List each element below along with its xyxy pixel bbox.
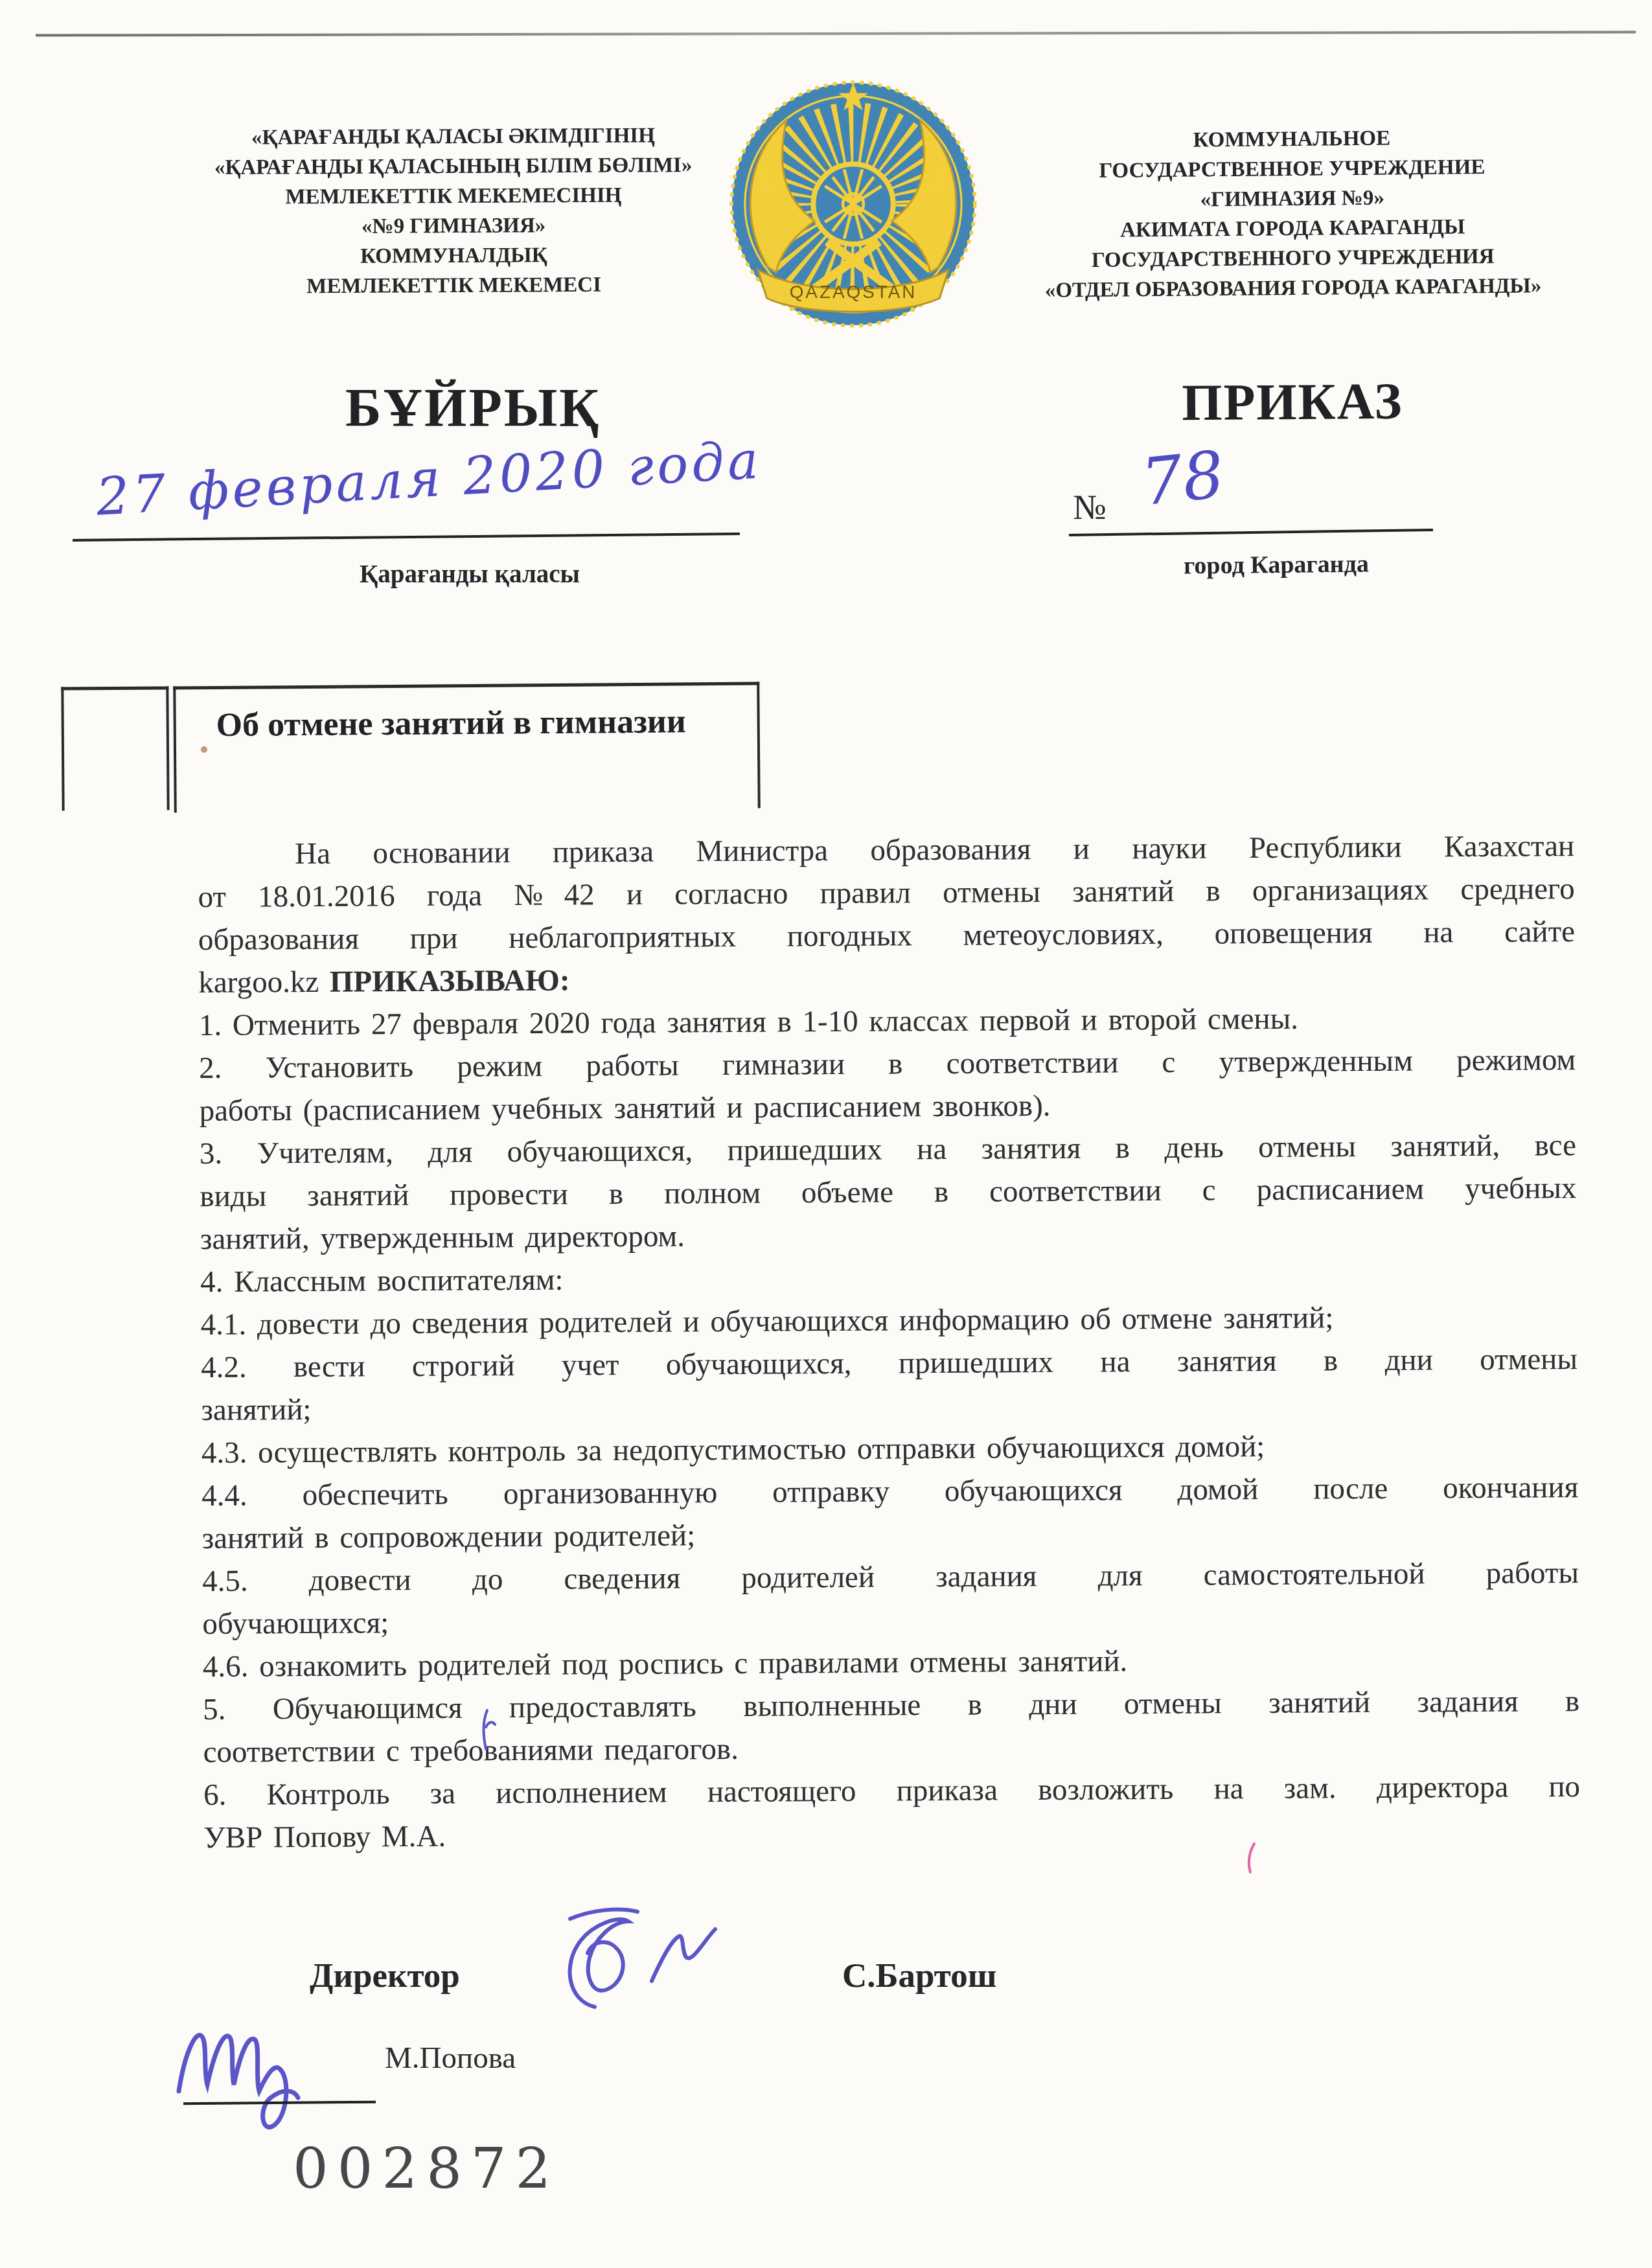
handwritten-date: 27 февраля 2020 года (95, 430, 763, 527)
registration-stamp-number: 002872 (293, 2136, 560, 2201)
date-underline (73, 533, 740, 542)
body-line: 4.4. обеспечить организованную отправку … (201, 1466, 1578, 1517)
empty-form-box (61, 686, 169, 810)
director-signature (530, 1902, 750, 2022)
place-russian: город Караганда (1088, 549, 1464, 581)
org-name-kazakh: «ҚАРАҒАНДЫ ҚАЛАСЫ ӘКІМДІГІНІҢ«ҚАРАҒАНДЫ … (174, 120, 732, 302)
order-subject: Об отмене занятий в гимназии (216, 702, 686, 744)
org-name-line: МЕМЛЕКЕТТІК МЕКЕМЕСІНІҢ (175, 180, 732, 213)
director-label: Директор (310, 1956, 460, 1995)
body-line: 4.5. довести до сведения родителей задан… (202, 1552, 1579, 1603)
pen-mark-blue (473, 1708, 499, 1753)
number-underline (1069, 529, 1433, 536)
body-line: образования при неблагоприятных погодных… (198, 910, 1575, 961)
body-line: 2. Установить режим работы гимназии в со… (199, 1038, 1576, 1090)
emblem-caption: QAZAQSTAN (790, 282, 917, 302)
org-name-line: «ҚАРАҒАНДЫ ҚАЛАСЫНЫҢ БІЛІМ БӨЛІМІ» (175, 150, 732, 183)
org-name-russian: КОММУНАЛЬНОЕГОСУДАРСТВЕННОЕ УЧРЕЖДЕНИЕ«Г… (997, 122, 1589, 306)
org-name-line: «№9 ГИМНАЗИЯ» (175, 210, 732, 243)
order-title-russian: ПРИКАЗ (1101, 372, 1484, 433)
org-name-line: КОММУНАЛДЫҚ (175, 240, 732, 273)
body-line: УВР Попову М.А. (203, 1808, 1580, 1859)
body-line: 4.2. вести строгий учет обучающихся, при… (201, 1338, 1577, 1389)
body-line: 6. Контроль за исполнением настоящего пр… (203, 1765, 1580, 1816)
org-name-line: МЕМЛЕКЕТТІК МЕКЕМЕСІ (175, 269, 732, 303)
director-name: С.Бартош (842, 1956, 996, 1995)
number-sign-label: № (1073, 487, 1107, 527)
subject-box: Об отмене занятий в гимназии (173, 682, 761, 812)
order-body-text: На основании приказа Министра образовани… (198, 825, 1581, 1859)
pen-mark-pink (1243, 1841, 1259, 1875)
secretary-name: М.Попова (385, 2041, 516, 2076)
body-line: виды занятий провести в полном объеме в … (200, 1167, 1576, 1218)
scan-artifact-line (36, 30, 1636, 36)
body-line: 5. Обучающимся предоставлять выполненные… (203, 1680, 1579, 1731)
secretary-signature (170, 1993, 390, 2148)
place-kazakh: Қарағанды қаласы (279, 560, 661, 589)
kazakhstan-emblem-icon: QAZAQSTAN (724, 75, 982, 336)
org-name-line: «ҚАРАҒАНДЫ ҚАЛАСЫ ӘКІМДІГІНІҢ (174, 120, 731, 154)
scanned-order-document: «ҚАРАҒАНДЫ ҚАЛАСЫ ӘКІМДІГІНІҢ«ҚАРАҒАНДЫ … (0, 0, 1652, 2268)
org-name-line: «ОТДЕЛ ОБРАЗОВАНИЯ ГОРОДА КАРАГАНДЫ» (998, 271, 1588, 306)
scan-speck (201, 746, 207, 753)
order-title-kazakh: БҰЙРЫҚ (272, 377, 674, 440)
handwritten-order-number: 78 (1138, 437, 1228, 521)
